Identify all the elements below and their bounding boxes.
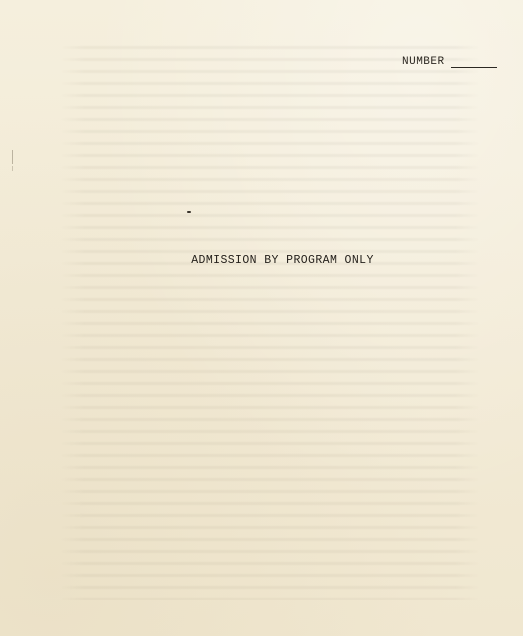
margin-mark [12,150,13,164]
number-field: NUMBER [402,56,497,68]
number-label: NUMBER [402,56,445,68]
reverse-side-show-through [60,40,480,600]
margin-mark [12,166,13,171]
admission-notice: ADMISSION BY PROGRAM ONLY [0,254,523,267]
ink-dot [187,211,191,213]
document-page: NUMBER ADMISSION BY PROGRAM ONLY [0,0,523,636]
number-blank-line [451,57,497,68]
